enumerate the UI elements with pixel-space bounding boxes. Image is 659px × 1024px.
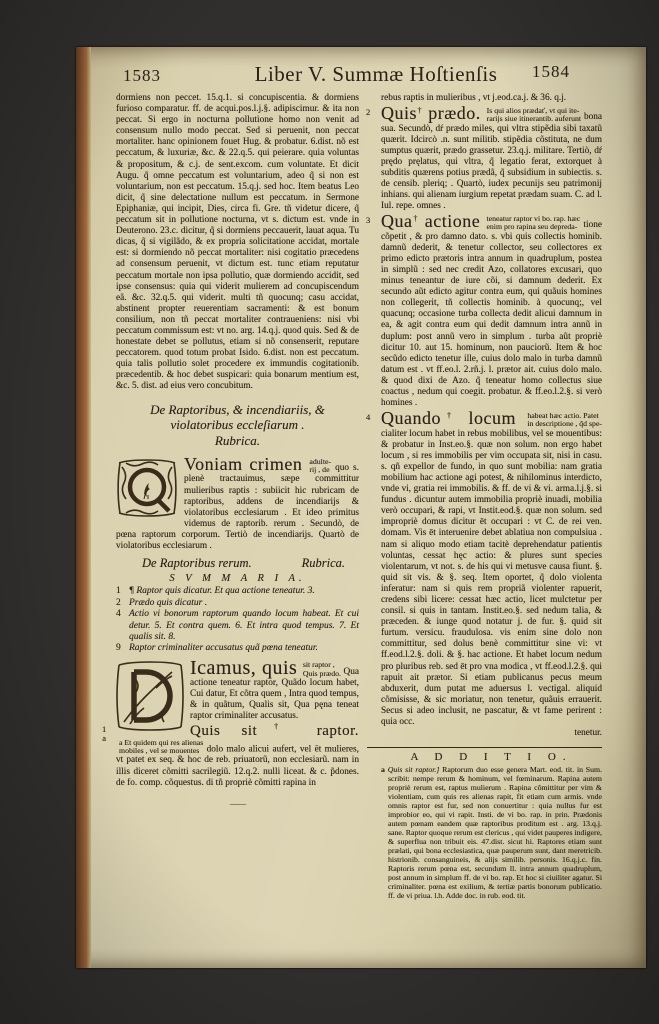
paragraph-quis-praedo: 2 Quis† prædo. Is qui alios prædať, vt q…	[381, 104, 602, 212]
rubric-line-1: De Raptoribus, & incendiariis, &	[116, 402, 359, 418]
left-column: dormiens non peccet. 15.q.1. si concupis…	[116, 93, 359, 809]
summaria-item: 1 ¶ Raptor quis dicatur. Et qua actione …	[116, 586, 359, 597]
woodcut-initial-d-icon: D	[116, 660, 184, 732]
margin-number: 2	[366, 107, 370, 118]
summaria-item: 4 Actio vi bonorum raptorum quando locum…	[116, 609, 359, 643]
additio-marker: a	[381, 765, 385, 774]
paragraph-text: cialiter locum habet in rebus mobilibus,…	[381, 429, 602, 727]
column-end-mark: — —	[116, 798, 359, 809]
lead-side-note: sit raptor , Quis prædo.	[303, 661, 341, 678]
paragraph-nocturnal-pollution: dormiens non peccet. 15.q.1. si concupis…	[116, 93, 359, 393]
lead-text: Quando† locum	[381, 408, 516, 428]
dagger-mark-icon: †	[417, 106, 423, 115]
section-rubric: De Raptoribus rerum. Rubrica.	[116, 558, 359, 569]
summaria-title: S V M M A R I A.	[116, 573, 359, 584]
lead-side-note: a Et quidem qui res alienas mobiles , ve…	[119, 739, 203, 756]
side-note-line: Quis prædo.	[303, 670, 341, 678]
right-column: rebus raptis in mulieribus , vt j.eod.ca…	[381, 93, 602, 900]
woodcut-initial-q-icon: Q	[116, 457, 178, 519]
lead-side-note: adulte- rij , de	[309, 458, 331, 475]
summaria-text: ¶ Raptor quis dicatur. Et qua actione te…	[129, 586, 359, 597]
page-number-left: 1583	[123, 66, 161, 86]
margin-note: 1a	[102, 725, 106, 743]
summaria-text: Prædo quis dicatur .	[129, 598, 359, 609]
lead-post: prædo.	[428, 103, 481, 123]
book-page: 1583 Liber V. Summæ Hoſtienſis 1584 dorm…	[76, 47, 646, 968]
side-note-line: in descriptione , q̃d spe-	[527, 420, 602, 428]
additio-paragraph: a Quis sit raptor.] Raptorum duo esse ge…	[381, 765, 602, 900]
lead-text: Voniam crimen	[184, 454, 302, 474]
paragraph-text: bona sua. Secundò, dŕ prædo miles, qui v…	[381, 112, 602, 211]
lead-text: Quis† prædo.	[381, 103, 481, 123]
summaria-list: 1 ¶ Raptor quis dicatur. Et qua actione …	[116, 586, 359, 654]
margin-number: 3	[366, 215, 370, 226]
paragraph-quis-sit-raptor: 1a Quis sit† raptor. a Et quidem qui res…	[116, 723, 359, 789]
paragraph-quoniam: Q Voniam crimen adulte- rij , de quo s. …	[116, 455, 359, 552]
dagger-mark-icon: †	[441, 411, 457, 420]
rubric-line-2: violatoribus eccleſiarum .	[116, 417, 359, 433]
lead-side-note: teneatur raptor vi bo. rap. hæc enim pro…	[486, 215, 580, 232]
summaria-number: 2	[116, 598, 129, 609]
lead-text: Icamus, quis	[190, 657, 297, 679]
margin-number: 4	[366, 412, 370, 423]
running-title: Liber V. Summæ Hoſtienſis	[166, 62, 586, 87]
additio-text: Raptorum duo esse genera Mart. eod. tit.…	[388, 765, 602, 900]
paragraph-quando-locum: 4 Quando† locum habeat hæc actio. Patet …	[381, 409, 602, 728]
photo-background: 1583 Liber V. Summæ Hoſtienſis 1584 dorm…	[0, 0, 659, 1024]
dagger-mark-icon: †	[413, 214, 419, 223]
lead-side-note: habeat hæc actio. Patet in descriptione …	[527, 412, 602, 429]
additio-title: A D D I T I O.	[381, 752, 602, 763]
lead-text: Quis sit† raptor.	[190, 723, 359, 739]
lead-post: actione	[425, 211, 480, 231]
summaria-text: Raptor criminaliter accusatus quã pœna t…	[129, 643, 359, 654]
summaria-number: 1	[116, 586, 129, 597]
additio-section: A D D I T I O. a Quis sit raptor.] Rapto…	[367, 747, 602, 900]
section-rubric-label: Rubrica.	[302, 558, 345, 569]
page-header: 1583 Liber V. Summæ Hoſtienſis 1584	[76, 60, 646, 90]
rubric-line-3: Rubrica.	[116, 433, 359, 449]
lead-pre: Qua	[381, 211, 413, 231]
lead-text: Qua† actione	[381, 211, 480, 231]
catchword: tenetur.	[381, 728, 602, 739]
summaria-item: 2 Prædo quis dicatur .	[116, 598, 359, 609]
lead-post: raptor.	[317, 723, 359, 739]
summaria-number: 9	[116, 643, 129, 654]
lead-pre: Quis	[381, 103, 417, 123]
margin-letter: a	[102, 733, 106, 743]
side-note-line: rarijs siue itinerantib. auferunt	[487, 115, 581, 123]
paragraph-dicamus: D Icamus, quis sit raptor , Quis prædo. …	[116, 658, 359, 723]
summaria-number: 4	[116, 609, 129, 643]
summaria-item: 9 Raptor criminaliter accusatus quã pœna…	[116, 643, 359, 654]
lead-side-note: Is qui alios prædať, vt qui ite- rarijs …	[487, 107, 581, 124]
additio-lemma: Quis sit raptor.]	[388, 765, 440, 774]
paragraph-text: tione cõpetit , & pro damno dato. s. vbi…	[381, 220, 602, 408]
summaria-text: Actio vi bonorum raptorum quando locum h…	[129, 609, 359, 643]
binding-edge	[76, 47, 91, 968]
lead-post: locum	[468, 408, 516, 428]
paragraph-qua-actione: 3 Qua† actione teneatur raptor vi bo. ra…	[381, 212, 602, 409]
dagger-mark-icon: †	[257, 722, 295, 731]
section-rubric-title: De Raptoribus rerum.	[142, 558, 252, 569]
lead-pre: Quis sit	[190, 723, 257, 739]
chapter-rubric-heading: De Raptoribus, & incendiariis, & violato…	[116, 402, 359, 449]
lead-pre: Quando	[381, 408, 441, 428]
side-note-line: enim pro rapina seu depreda-	[486, 223, 580, 231]
page-number-right: 1584	[532, 62, 570, 82]
